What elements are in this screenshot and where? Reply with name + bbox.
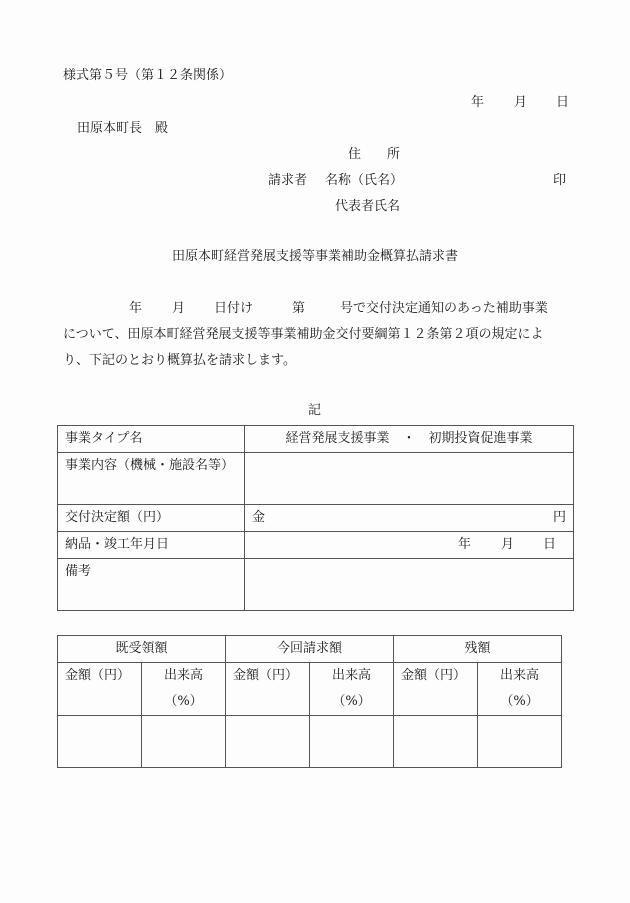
value-completion-date[interactable]: 年 月 日	[245, 532, 574, 559]
body-dated: 日付け	[214, 301, 253, 317]
body-line1-rest: 号で交付決定通知のあった補助事業	[340, 301, 548, 317]
amount-table: 既受領額 今回請求額 残額 金額（円） 出来高 （%） 金額（円） 出来高 （%…	[57, 635, 562, 768]
details-table: 事業タイプ名 経営発展支援事業 ・ 初期投資促進事業 事業内容（機械・施設名等）…	[57, 425, 574, 611]
date-year-label: 年	[471, 95, 484, 111]
amount-data-row	[58, 716, 562, 768]
group-remaining: 残額	[394, 636, 562, 663]
completion-day: 日	[543, 532, 556, 558]
row-business-content: 事業内容（機械・施設名等）	[58, 453, 574, 505]
current-amount-cell[interactable]	[226, 716, 310, 768]
current-amount-header: 金額（円）	[226, 663, 310, 716]
progress-unit: （%）	[317, 689, 386, 715]
value-grant-amount[interactable]: 金 円	[245, 505, 574, 532]
label-completion-date: 納品・竣工年月日	[58, 532, 245, 559]
value-business-type[interactable]: 経営発展支援事業 ・ 初期投資促進事業	[245, 426, 574, 453]
form-number: 様式第５号（第１２条関係）	[63, 68, 232, 84]
remaining-progress-cell[interactable]	[478, 716, 562, 768]
grant-amount-prefix: 金	[252, 505, 265, 531]
body-line2: について、田原本町経営発展支援等事業補助金交付要綱第１２条第２項の規定によ	[63, 327, 543, 343]
body-no: 第	[292, 301, 305, 317]
row-business-type: 事業タイプ名 経営発展支援事業 ・ 初期投資促進事業	[58, 426, 574, 453]
progress-label: 出来高	[485, 663, 554, 689]
group-received: 既受領額	[58, 636, 226, 663]
row-remarks: 備考	[58, 559, 574, 611]
remaining-progress-header: 出来高 （%）	[478, 663, 562, 716]
address-label: 住 所	[348, 147, 400, 163]
seal-label: 印	[553, 173, 566, 189]
label-business-content: 事業内容（機械・施設名等）	[58, 453, 245, 505]
representative-label: 代表者氏名	[335, 199, 400, 215]
remaining-amount-cell[interactable]	[394, 716, 478, 768]
progress-label: 出来高	[317, 663, 386, 689]
amount-group-header-row: 既受領額 今回請求額 残額	[58, 636, 562, 663]
date-day-label: 日	[556, 95, 569, 111]
group-current-request: 今回請求額	[226, 636, 394, 663]
value-remarks[interactable]	[245, 559, 574, 611]
received-amount-cell[interactable]	[58, 716, 142, 768]
label-grant-amount: 交付決定額（円）	[58, 505, 245, 532]
row-completion-date: 納品・竣工年月日 年 月 日	[58, 532, 574, 559]
received-progress-header: 出来高 （%）	[142, 663, 226, 716]
received-amount-header: 金額（円）	[58, 663, 142, 716]
body-year: 年	[129, 301, 142, 317]
completion-year: 年	[458, 532, 471, 558]
body-month: 月	[172, 301, 185, 317]
label-remarks: 備考	[58, 559, 245, 611]
remaining-amount-header: 金額（円）	[394, 663, 478, 716]
label-business-type: 事業タイプ名	[58, 426, 245, 453]
progress-unit: （%）	[149, 689, 218, 715]
received-progress-cell[interactable]	[142, 716, 226, 768]
requester-label: 請求者	[268, 173, 307, 189]
value-business-content[interactable]	[245, 453, 574, 505]
addressee: 田原本町長 殿	[77, 121, 168, 137]
body-line3: り、下記のとおり概算払を請求します。	[63, 353, 296, 369]
date-month-label: 月	[514, 95, 527, 111]
ki-heading: 記	[308, 403, 321, 419]
current-progress-header: 出来高 （%）	[310, 663, 394, 716]
amount-sub-header-row: 金額（円） 出来高 （%） 金額（円） 出来高 （%） 金額（円） 出来高 （%…	[58, 663, 562, 716]
document-title: 田原本町経営発展支援等事業補助金概算払請求書	[0, 249, 630, 265]
completion-month: 月	[501, 532, 514, 558]
name-label: 名称（氏名）	[325, 173, 403, 189]
progress-label: 出来高	[149, 663, 218, 689]
row-grant-amount: 交付決定額（円） 金 円	[58, 505, 574, 532]
current-progress-cell[interactable]	[310, 716, 394, 768]
grant-amount-suffix: 円	[553, 505, 566, 531]
progress-unit: （%）	[485, 689, 554, 715]
